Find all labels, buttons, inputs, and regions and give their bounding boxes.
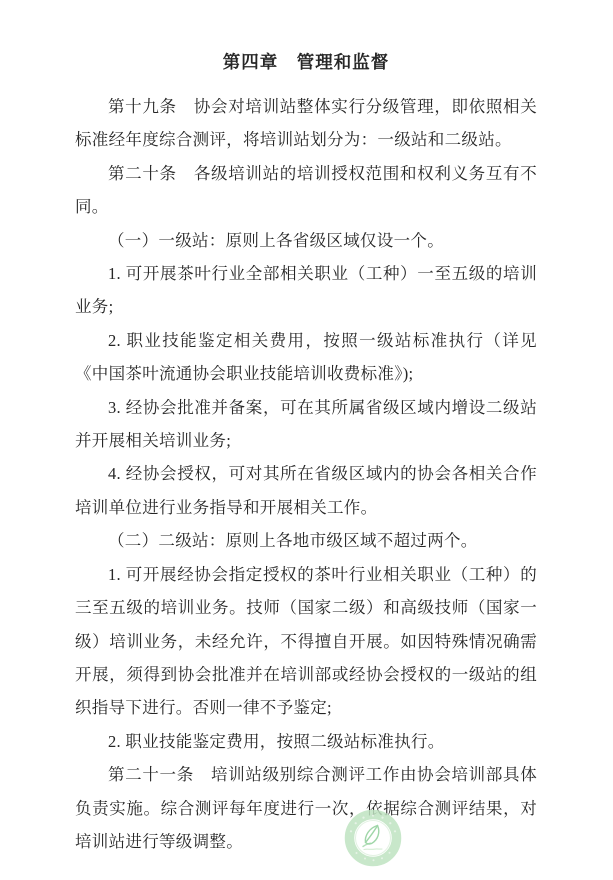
paragraph: 2. 职业技能鉴定费用，按照二级站标准执行。 xyxy=(75,725,537,758)
document-page: 第四章 管理和监督 第十九条 协会对培训站整体实行分级管理，即依照相关标准经年度… xyxy=(0,0,613,880)
paragraph: 1. 可开展经协会指定授权的茶叶行业相关职业（工种）的三至五级的培训业务。技师（… xyxy=(75,558,537,725)
paragraph: 2. 职业技能鉴定相关费用，按照一级站标准执行（详见《中国茶叶流通协会职业技能培… xyxy=(75,324,537,391)
chapter-heading: 第四章 管理和监督 xyxy=(75,46,537,79)
paragraph: 第二十条 各级培训站的培训授权范围和权利义务互有不同。 xyxy=(75,157,537,224)
paragraph: 第二十一条 培训站级别综合测评工作由协会培训部具体负责实施。综合测评每年度进行一… xyxy=(75,758,537,858)
paragraph: （二）二级站：原则上各地市级区域不超过两个。 xyxy=(75,524,537,557)
paragraph: （一）一级站：原则上各省级区域仅设一个。 xyxy=(75,224,537,257)
paragraph: 3. 经协会批准并备案，可在其所属省级区域内增设二级站并开展相关培训业务; xyxy=(75,391,537,458)
document-content: 第四章 管理和监督 第十九条 协会对培训站整体实行分级管理，即依照相关标准经年度… xyxy=(0,0,613,858)
paragraph: 1. 可开展茶叶行业全部相关职业（工种）一至五级的培训业务; xyxy=(75,257,537,324)
paragraph: 第十九条 协会对培训站整体实行分级管理，即依照相关标准经年度综合测评，将培训站划… xyxy=(75,90,537,157)
paragraph: 4. 经协会授权，可对其所在省级区域内的协会各相关合作培训单位进行业务指导和开展… xyxy=(75,457,537,524)
